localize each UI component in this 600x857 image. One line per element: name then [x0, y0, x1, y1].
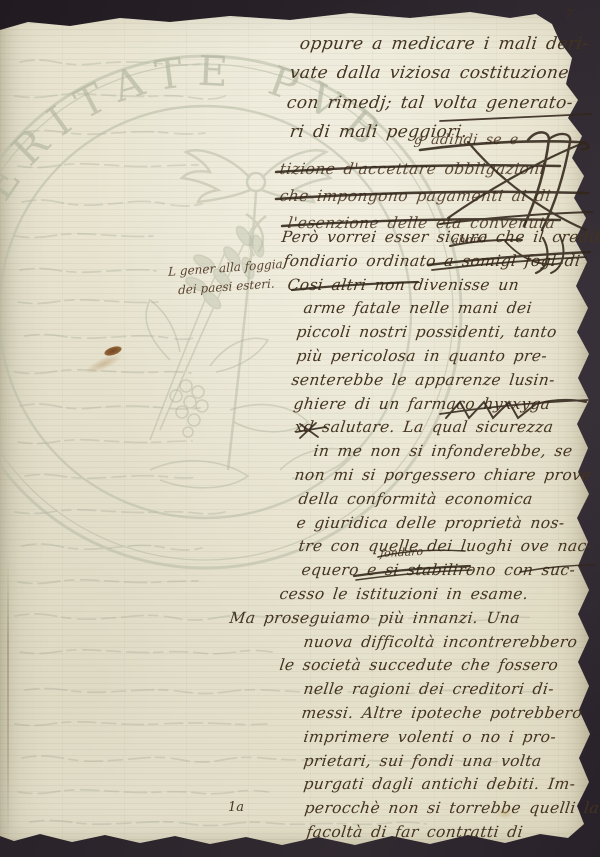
- manuscript-line: facoltà di far contratti di: [240, 821, 600, 845]
- manuscript-line: Però vorrei esser sicuro che il credito: [240, 226, 600, 250]
- manuscript-line: messi. Altre ipoteche potrebbero: [240, 702, 600, 726]
- struck-paragraph: tizione d'accettare obbligazioni che imp…: [240, 156, 553, 237]
- manuscript-line: con rimedj; tal volta generato-: [240, 89, 590, 118]
- paragraph-top: oppure a medicare i mali deri- vate dall…: [240, 30, 586, 148]
- manuscript-line: purgati dagli antichi debiti. Im-: [240, 773, 600, 797]
- foxing-spot: [497, 808, 513, 819]
- manuscript-line: arme fatale nelle mani dei: [240, 297, 600, 321]
- manuscript-line: perocchè non si torrebbe quelli la: [240, 797, 600, 821]
- manuscript-line: Ma proseguiamo più innanzi. Una: [228, 607, 600, 631]
- struck-partial-line: g adindi se e: [413, 132, 518, 148]
- manuscript-line: imprimere volenti o no i pro-: [240, 726, 600, 750]
- manuscript-line: vate dalla viziosa costituzione: [240, 59, 590, 88]
- manuscript-line: nuova difficoltà incontrerebbero: [240, 631, 600, 655]
- manuscript-line: oppure a medicare i mali deri-: [240, 30, 590, 59]
- manuscript-line: equero e si stabilirono con suc-: [240, 559, 600, 583]
- manuscript-line: xd salutare. La qual sicurezza: [240, 416, 600, 440]
- manuscript-line: della conformità economica: [240, 488, 600, 512]
- interlinear-insert: fondaro: [380, 545, 424, 560]
- manuscript-line: e giuridica delle proprietà nos-: [240, 512, 600, 536]
- manuscript-line: ghiere di un farmaco hyxxyga: [240, 393, 600, 417]
- manuscript-line: prietari, sui fondi una volta: [240, 750, 600, 774]
- paper-crease: [7, 560, 9, 840]
- manuscript-line: piccoli nostri possidenti, tanto: [240, 321, 600, 345]
- manuscript-line: in me non si infonderebbe, se: [240, 440, 600, 464]
- manuscript-line: nelle ragioni dei creditori di-: [240, 678, 600, 702]
- manuscript-line: le società succedute che fossero: [240, 654, 600, 678]
- manuscript-line: cesso le istituzioni in esame.: [240, 583, 600, 607]
- paragraph-main: Però vorrei esser sicuro che il credito …: [240, 226, 600, 845]
- manuscript-line: senterebbe le apparenze lusin-: [240, 369, 600, 393]
- manuscript-line: più pericolosa in quanto pre-: [240, 345, 600, 369]
- interlinear-insert: ahnnd: [452, 232, 487, 247]
- manuscript-photo: PROSPERITATE PVB: [0, 0, 600, 857]
- manuscript-line: che impongono pagamenti ai di: [240, 183, 557, 210]
- manuscript-line: g adindi se e: [413, 132, 519, 148]
- page-label: 1a: [228, 800, 244, 815]
- manuscript-line: tizione d'accettare obbligazioni: [240, 156, 557, 183]
- manuscript-line: non mi si porgessero chiare prove: [240, 464, 600, 488]
- top-right-mark: 7: [563, 7, 573, 23]
